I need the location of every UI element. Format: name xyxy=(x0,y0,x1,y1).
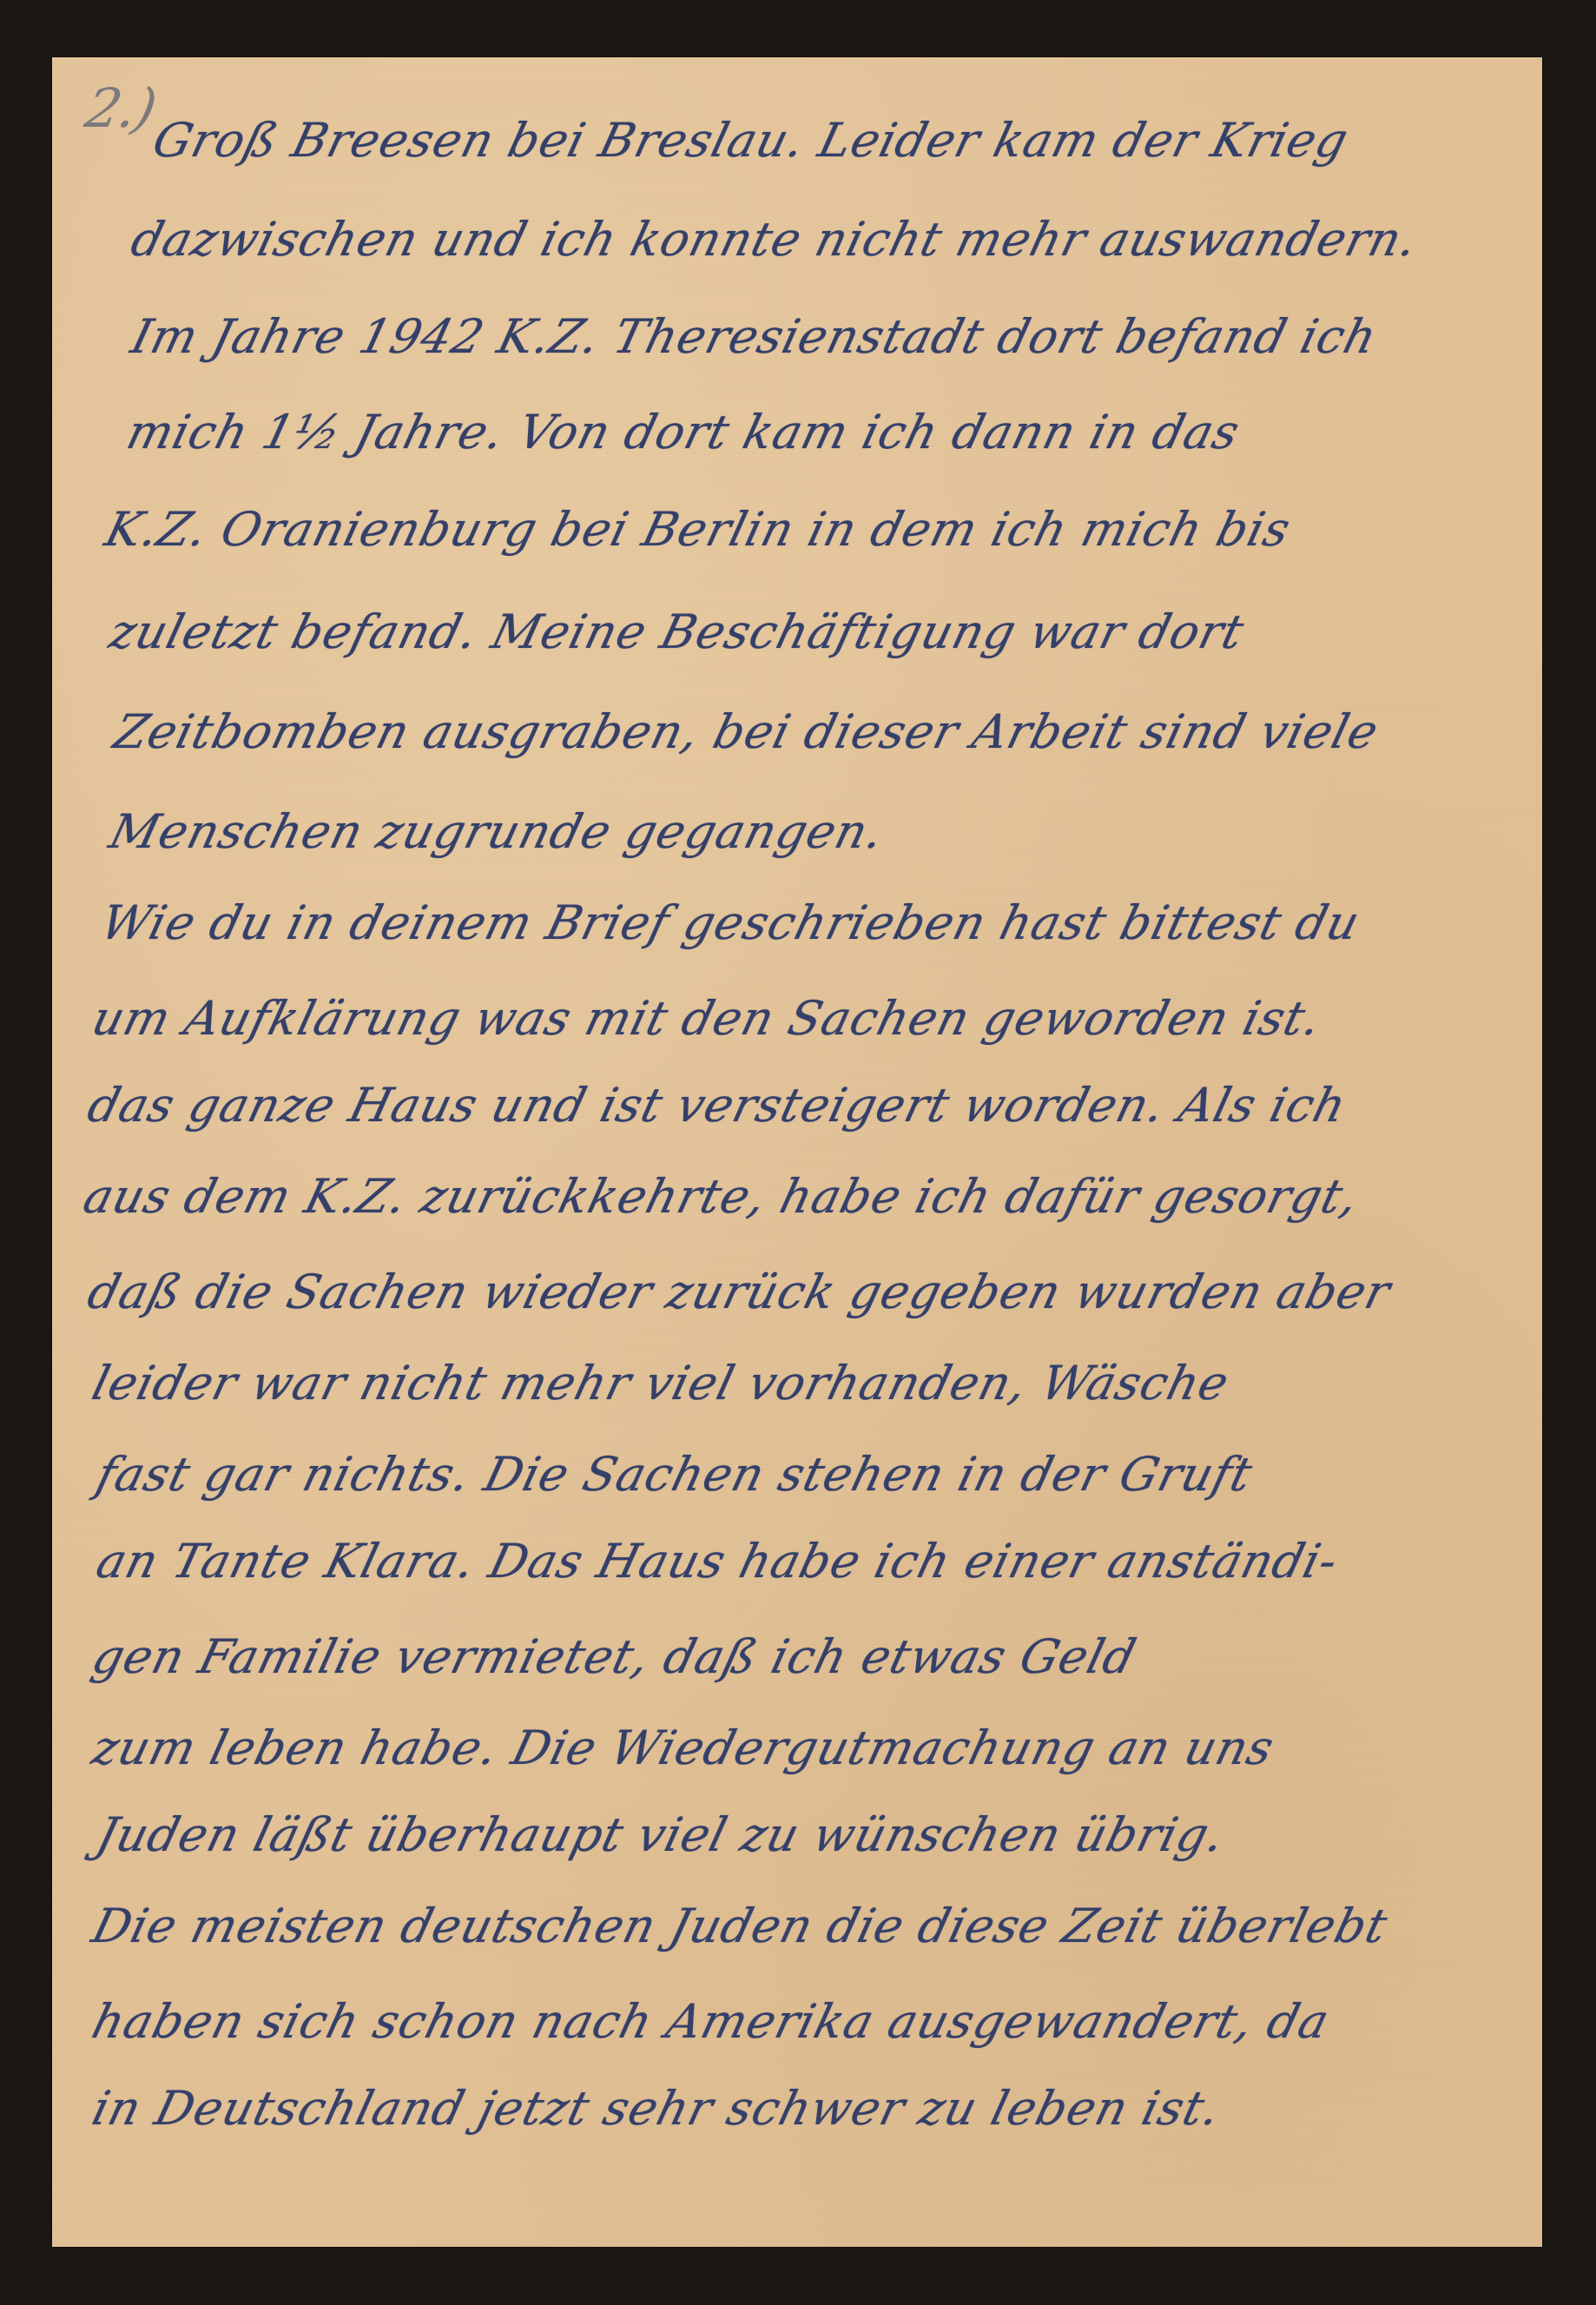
letter-line-19: Juden läßt überhaupt viel zu wünschen üb… xyxy=(91,1807,1230,1862)
letter-line-12: aus dem K.Z. zurückkehrte, habe ich dafü… xyxy=(78,1169,1365,1224)
letter-line-15: fast gar nichts. Die Sachen stehen in de… xyxy=(91,1447,1258,1502)
letter-line-6: zuletzt befand. Meine Beschäftigung war … xyxy=(104,604,1250,659)
letter-line-14: leider war nicht mehr viel vorhanden, Wä… xyxy=(87,1356,1235,1410)
letter-line-16: an Tante Klara. Das Haus habe ich einer … xyxy=(91,1534,1343,1588)
letter-line-18: zum leben habe. Die Wiedergutmachung an … xyxy=(87,1720,1280,1775)
letter-line-21: haben sich schon nach Amerika ausgewande… xyxy=(87,1994,1335,2049)
letter-page: 2.) Groß Breesen bei Breslau. Leider kam… xyxy=(52,57,1542,2247)
letter-line-22: in Deutschland jetzt sehr schwer zu lebe… xyxy=(87,2081,1226,2136)
page-number-marker: 2.) xyxy=(80,76,161,140)
letter-line-2: dazwischen und ich konnte nicht mehr aus… xyxy=(126,212,1423,267)
letter-line-20: Die meisten deutschen Juden die diese Ze… xyxy=(87,1899,1393,1953)
letter-line-9: Wie du in deinem Brief geschrieben hast … xyxy=(96,895,1366,950)
letter-line-13: daß die Sachen wieder zurück gegeben wur… xyxy=(82,1265,1396,1319)
letter-line-17: gen Familie vermietet, daß ich etwas Gel… xyxy=(87,1629,1142,1684)
letter-line-1: Groß Breesen bei Breslau. Leider kam der… xyxy=(148,113,1354,168)
letter-line-7: Zeitbomben ausgraben, bei dieser Arbeit … xyxy=(109,704,1384,759)
letter-line-5: K.Z. Oranienburg bei Berlin in dem ich m… xyxy=(100,502,1296,557)
letter-line-11: das ganze Haus und ist versteigert worde… xyxy=(82,1078,1352,1133)
letter-line-3: Im Jahre 1942 K.Z. Theresienstadt dort b… xyxy=(126,309,1383,364)
letter-line-10: um Aufklärung was mit den Sachen geworde… xyxy=(87,991,1328,1046)
letter-line-8: Menschen zugrunde gegangen. xyxy=(104,804,890,859)
letter-line-4: mich 1½ Jahre. Von dort kam ich dann in … xyxy=(122,405,1245,459)
